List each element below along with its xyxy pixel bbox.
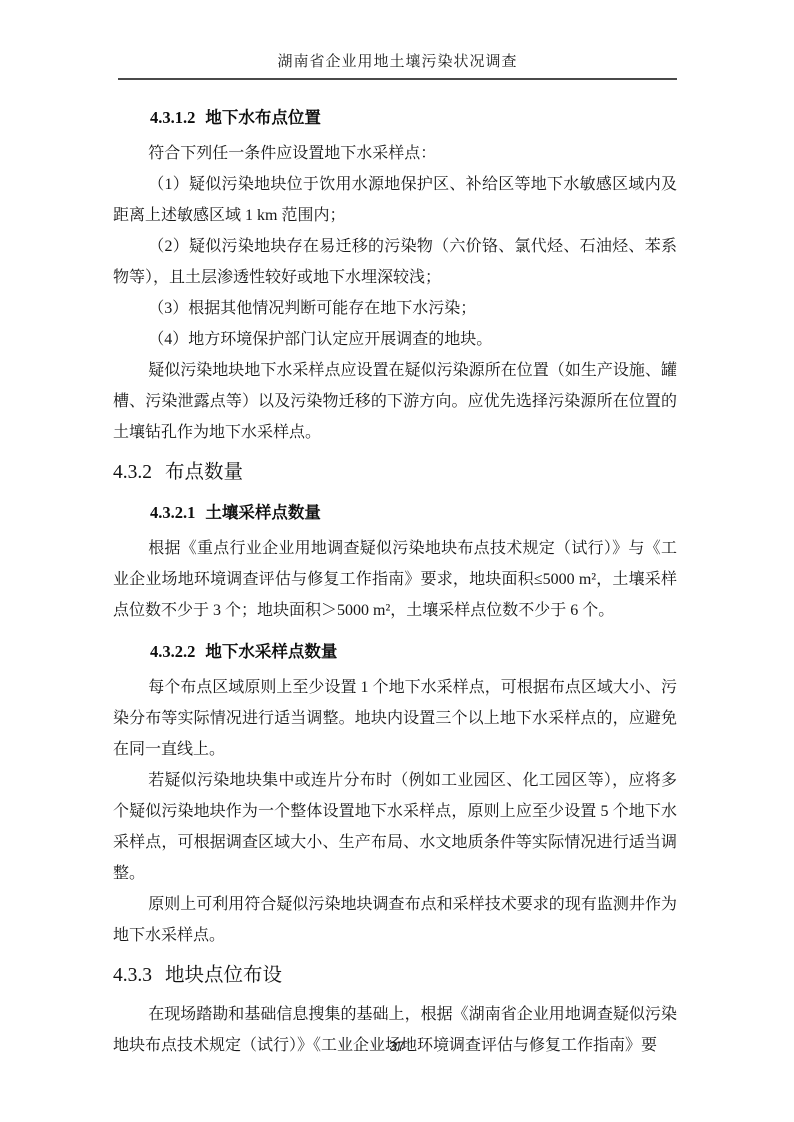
paragraph-condition-2: （2）疑似污染地块存在易迁移的污染物（六价铬、氯代烃、石油烃、苯系物等），且土层… (113, 231, 677, 293)
paragraph-condition-4: （4）地方环境保护部门认定应开展调查的地块。 (113, 324, 677, 355)
paragraph-groundwater-point-count: 每个布点区域原则上至少设置 1 个地下水采样点，可根据布点区域大小、污染分布等实… (113, 672, 677, 765)
paragraph-condition-1: （1）疑似污染地块位于饮用水源地保护区、补给区等地下水敏感区域内及距离上述敏感区… (113, 169, 677, 231)
page-number: 37 (0, 1038, 794, 1054)
paragraph-soil-point-count: 根据《重点行业企业用地调查疑似污染地块布点技术规定（试行）》与《工业企业场地环境… (113, 533, 677, 626)
heading-title: 土壤采样点数量 (205, 503, 321, 522)
heading-number: 4.3.3 (113, 965, 152, 986)
heading-4-3-2-2: 4.3.2.2地下水采样点数量 (113, 639, 677, 665)
paragraph-sampling-location: 疑似污染地块地下水采样点应设置在疑似污染源所在位置（如生产设施、罐槽、污染泄露点… (113, 355, 677, 448)
heading-4-3-2-1: 4.3.2.1土壤采样点数量 (113, 500, 677, 526)
heading-title: 布点数量 (165, 462, 243, 483)
heading-4-3-3: 4.3.3地块点位布设 (113, 962, 677, 990)
document-content: 4.3.1.2地下水布点位置 符合下列任一条件应设置地下水采样点： （1）疑似污… (113, 88, 677, 1061)
paragraph-existing-wells: 原则上可利用符合疑似污染地块调查布点和采样技术要求的现有监测井作为地下水采样点。 (113, 889, 677, 951)
heading-4-3-1-2: 4.3.1.2地下水布点位置 (113, 105, 677, 131)
heading-title: 地下水采样点数量 (205, 642, 337, 661)
heading-number: 4.3.2 (113, 462, 152, 483)
paragraph-condition-3: （3）根据其他情况判断可能存在地下水污染； (113, 293, 677, 324)
heading-number: 4.3.2.1 (150, 503, 195, 522)
heading-title: 地块点位布设 (165, 965, 282, 986)
heading-number: 4.3.1.2 (150, 108, 195, 127)
running-header-title: 湖南省企业用地土壤污染状况调查 (277, 54, 517, 70)
paragraph-clustered-parcels: 若疑似污染地块集中或连片分布时（例如工业园区、化工园区等），应将多个疑似污染地块… (113, 765, 677, 889)
document-page: 湖南省企业用地土壤污染状况调查 4.3.1.2地下水布点位置 符合下列任一条件应… (0, 0, 794, 1122)
heading-number: 4.3.2.2 (150, 642, 195, 661)
heading-4-3-2: 4.3.2布点数量 (113, 459, 677, 487)
heading-title: 地下水布点位置 (205, 108, 321, 127)
running-header: 湖南省企业用地土壤污染状况调查 (118, 50, 677, 80)
paragraph-intro-conditions: 符合下列任一条件应设置地下水采样点： (113, 138, 677, 169)
